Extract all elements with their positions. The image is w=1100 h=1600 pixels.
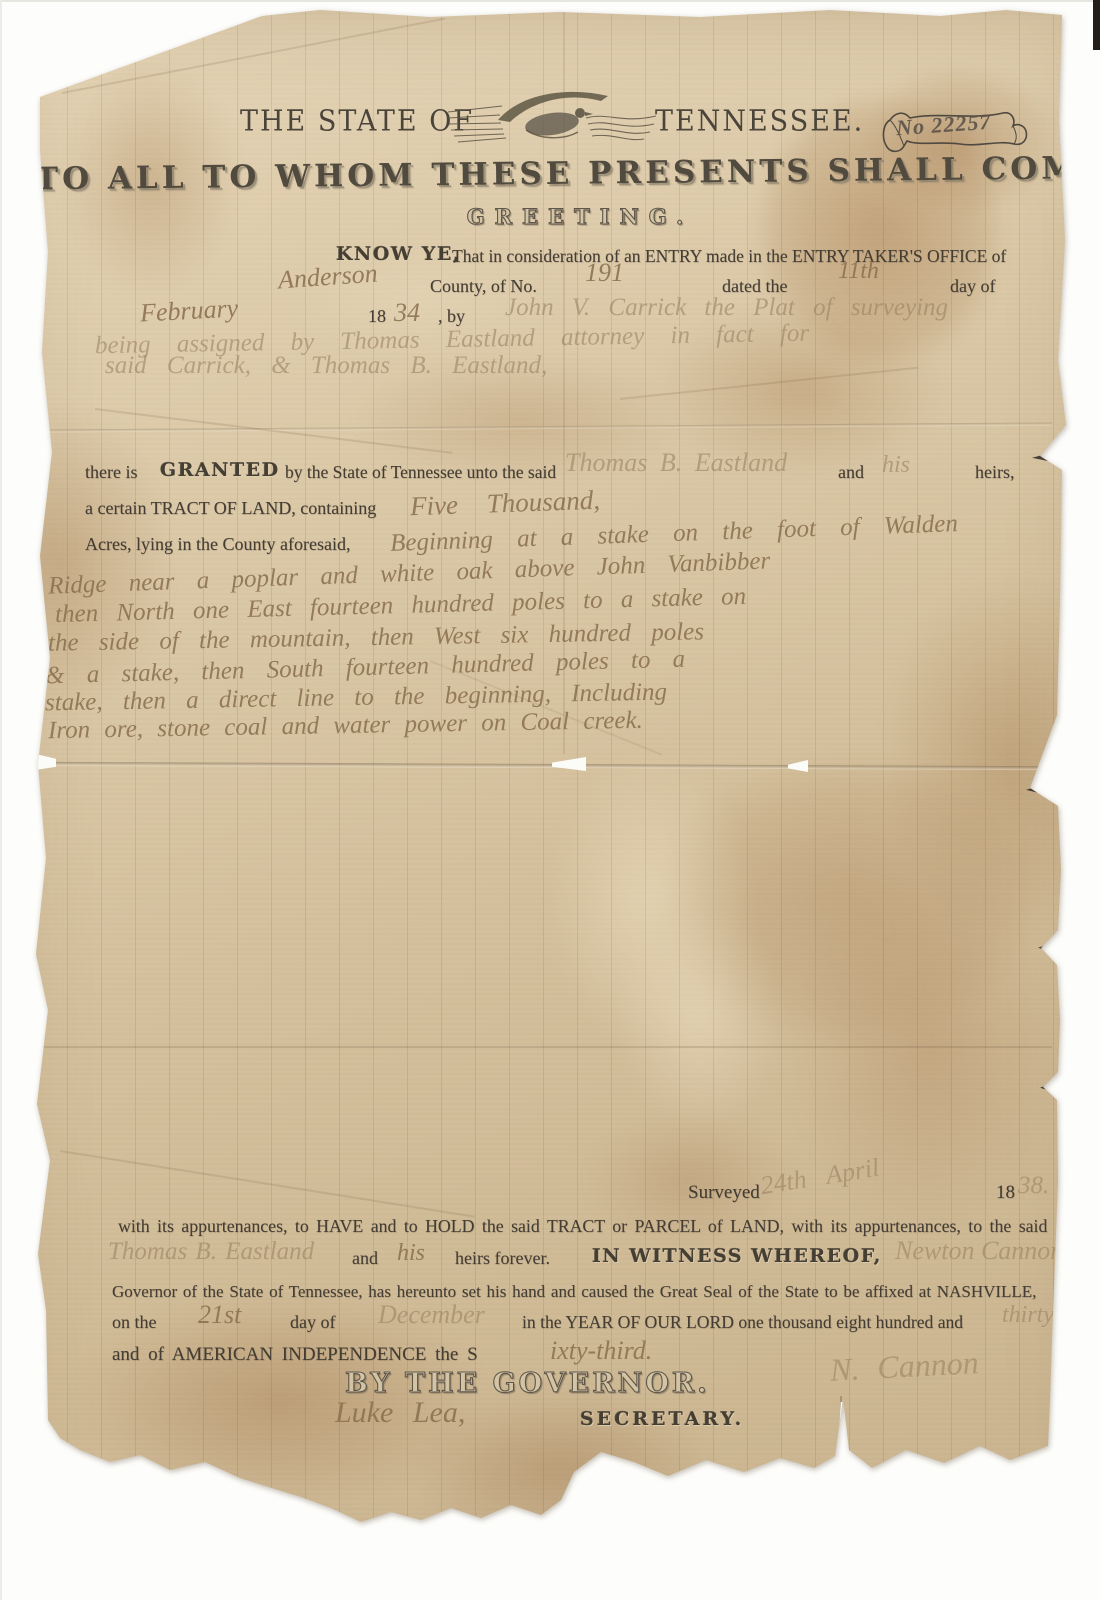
surveyed-label: Surveyed <box>688 1182 760 1204</box>
assignment-line2-handwritten: said Carrick, & Thomas B. Eastland, <box>105 352 547 380</box>
independence-line: and of AMERICAN INDEPENDENCE the S <box>112 1344 478 1366</box>
survey-year-handwritten: 38. <box>1018 1172 1049 1200</box>
tennessee-heading: TENNESSEE. <box>655 105 864 138</box>
heirs-label: heirs, <box>975 462 1015 483</box>
in-witness-whereof-label: IN WITNESS WHEREOF, <box>592 1245 882 1267</box>
habendum-his-handwritten: his <box>397 1240 425 1267</box>
habendum-line2: Governor of the State of Tennessee, has … <box>112 1282 1036 1302</box>
independence-year-handwritten: ixty-third. <box>550 1336 652 1366</box>
his-handwritten: his <box>882 452 910 479</box>
day-of-label2: day of <box>290 1312 335 1333</box>
grantee-handwritten: Thomas B. Eastland <box>565 448 787 478</box>
signing-month-handwritten: December <box>378 1300 485 1330</box>
by-the-governor-label: BY THE GOVERNOR. <box>345 1368 710 1399</box>
governor-name-handwritten: Newton Cannon, <box>895 1236 1070 1266</box>
state-of-heading: THE STATE OF <box>240 105 474 138</box>
entry-number-handwritten: 191 <box>585 258 624 288</box>
entry-day-handwritten: 11th <box>838 258 879 285</box>
acres-label: Acres, lying in the County aforesaid, <box>85 534 350 555</box>
consideration-text: That in consideration of an ENTRY made i… <box>452 246 1006 267</box>
paper-wrap: THE STATE OF TENNESSEE. No 22257 TO ALL … <box>0 0 1100 1600</box>
survey-year-printed: 18 <box>996 1182 1015 1204</box>
secretary-label: SECRETARY. <box>580 1408 744 1430</box>
habendum-grantee-handwritten: Thomas B. Eastland <box>108 1238 314 1266</box>
enterer-handwritten: John V. Carrick the Plat of surveying <box>505 294 948 322</box>
governor-signature: N. Cannon <box>829 1344 979 1389</box>
heirs-forever-label: heirs forever. <box>455 1248 550 1269</box>
day-of-label: day of <box>950 276 995 297</box>
habendum-line1: with its appurtenances, to HAVE and to H… <box>118 1216 1047 1237</box>
entry-year-handwritten: 34 <box>394 298 420 328</box>
by-label: , by <box>438 306 465 327</box>
signing-day-handwritten: 21st <box>198 1300 241 1330</box>
signing-year-handwritten: thirty Eight <box>1002 1302 1100 1329</box>
horizontal-fold-crease <box>40 1046 1052 1048</box>
aged-parchment-sheet: THE STATE OF TENNESSEE. No 22257 TO ALL … <box>0 0 1100 1600</box>
granted-rest: by the State of Tennessee unto the said <box>285 462 556 483</box>
granted-lead: there is <box>85 462 137 483</box>
tract-label: a certain TRACT OF LAND, containing <box>85 498 376 519</box>
secretary-signature: Luke Lea, <box>335 1396 465 1430</box>
and-label: and <box>838 462 864 483</box>
entry-month-handwritten: February <box>139 293 239 328</box>
year-printed: 18 <box>368 306 386 327</box>
habendum-and-label: and <box>352 1248 378 1269</box>
scanned-document: THE STATE OF TENNESSEE. No 22257 TO ALL … <box>0 0 1100 1600</box>
acreage-handwritten: Five Thousand, <box>410 485 601 523</box>
granted-word: GRANTED <box>160 459 280 481</box>
greeting-heading: GREETING. <box>420 204 740 229</box>
year-of-our-lord-line: in the YEAR OF OUR LORD one thousand eig… <box>522 1312 963 1333</box>
vertical-fold-crease <box>563 12 565 754</box>
on-the-label: on the <box>112 1312 157 1333</box>
eagle-icon <box>446 84 662 154</box>
scanner-edge-mark <box>1093 0 1100 50</box>
